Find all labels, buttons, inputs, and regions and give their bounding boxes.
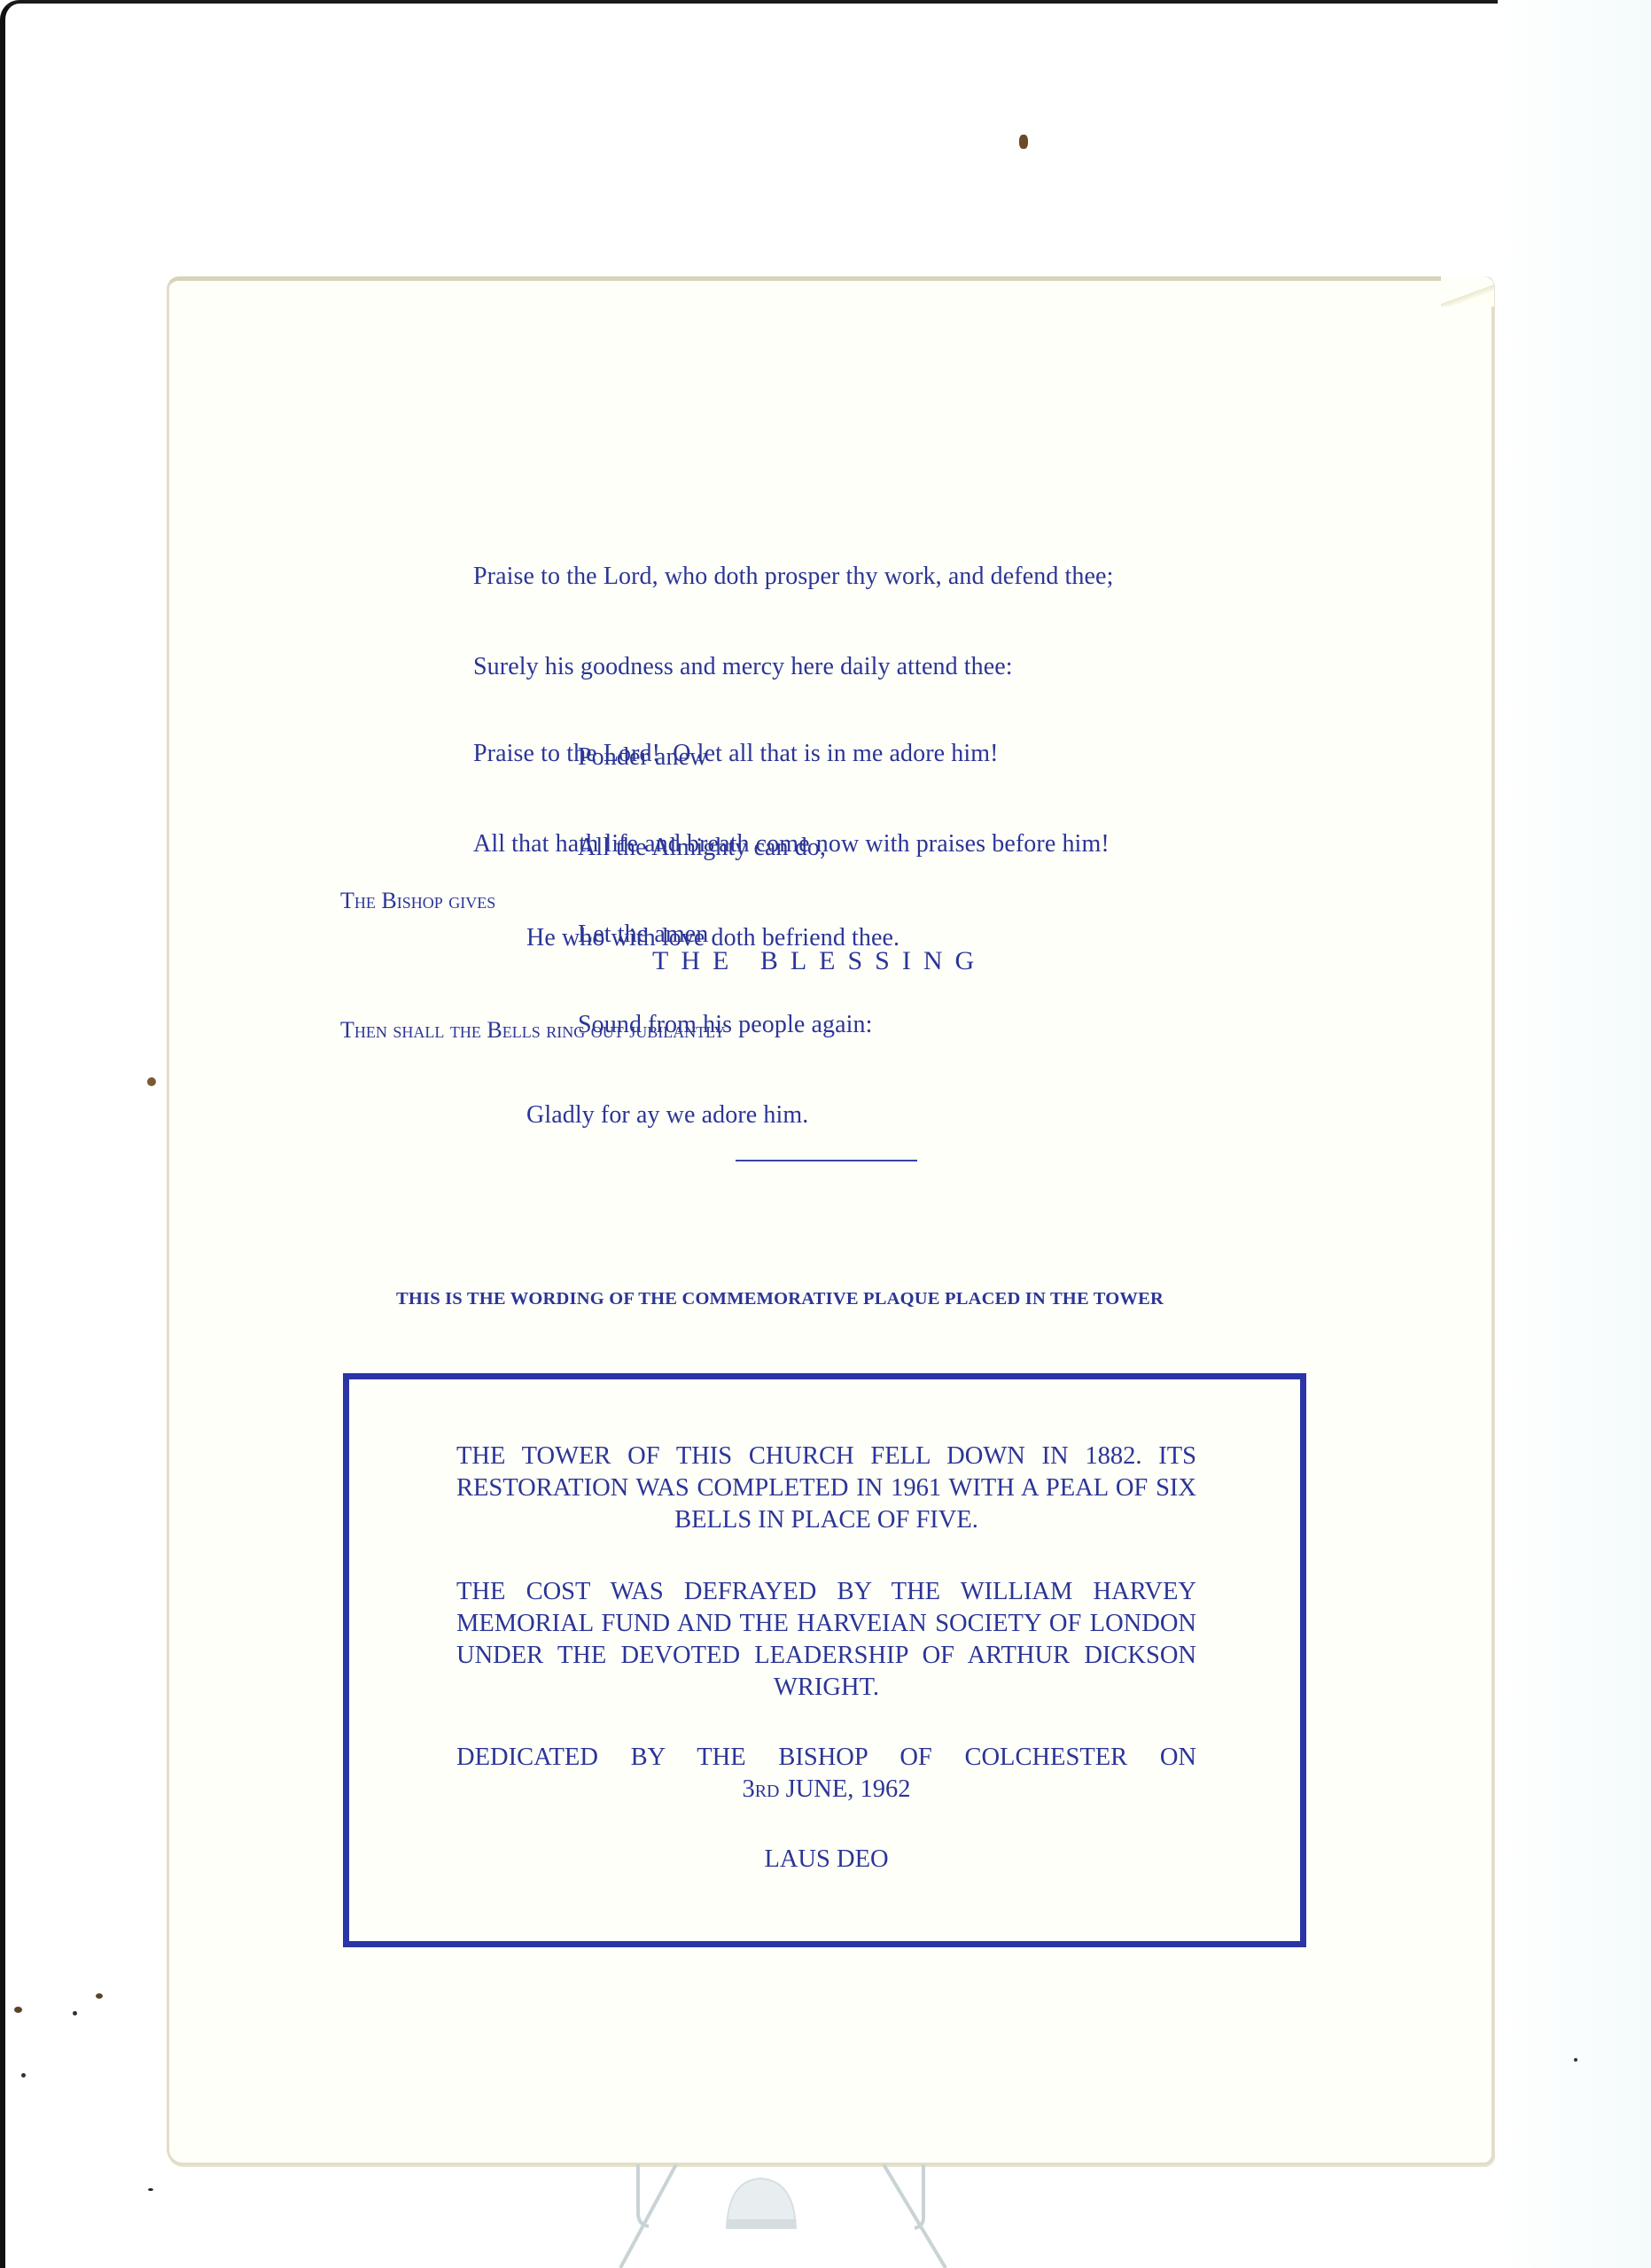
display-stand xyxy=(532,2164,1152,2268)
verse-line: Praise to the Lord! O let all that is in… xyxy=(473,739,1110,769)
plaque-paragraph-2: THE COST WAS DEFRAYED BY THE WILLIAM HAR… xyxy=(456,1576,1196,1704)
ink-speck xyxy=(1019,135,1028,149)
plaque-closing: LAUS DEO xyxy=(456,1844,1196,1876)
ink-speck xyxy=(96,1993,103,1999)
rubric-bishop-gives: The Bishop gives xyxy=(340,888,495,914)
plaque-intro: THIS IS THE WORDING OF THE COMMEMORATIVE… xyxy=(396,1289,1164,1309)
date-day: 3 xyxy=(742,1775,754,1803)
verse-line: Let the amen xyxy=(473,920,1110,950)
ink-speck xyxy=(147,1077,156,1086)
dedication-line: DEDICATED BY THE BISHOP OF COLCHESTER ON xyxy=(456,1742,1196,1774)
folded-corner xyxy=(1441,276,1494,307)
plaque-paragraph-1: THE TOWER OF THIS CHURCH FELL DOWN IN 18… xyxy=(456,1441,1196,1536)
ink-speck xyxy=(73,2011,77,2016)
ink-speck xyxy=(148,2188,153,2191)
blessing-title: THE BLESSING xyxy=(652,946,986,976)
scanner-background-edge xyxy=(1498,0,1651,2268)
verse-line: Praise to the Lord, who doth prosper thy… xyxy=(473,562,1113,592)
date-ordinal-suffix: rd xyxy=(755,1775,780,1803)
verse-line: Gladly for ay we adore him. xyxy=(473,1100,1110,1130)
dedication-date: 3rd JUNE, 1962 xyxy=(456,1774,1196,1806)
verse-line: Surely his goodness and mercy here daily… xyxy=(473,652,1113,682)
plaque-paragraph-3: DEDICATED BY THE BISHOP OF COLCHESTER ON… xyxy=(456,1742,1196,1806)
date-rest: JUNE, 1962 xyxy=(780,1775,911,1803)
section-divider xyxy=(736,1160,917,1161)
rubric-bells: Then shall the Bells ring out jubilantly xyxy=(340,1017,725,1044)
hymn-verse-2: Praise to the Lord! O let all that is in… xyxy=(473,679,1110,1161)
verse-line: All that hath life and breath come now w… xyxy=(473,829,1110,859)
ink-speck xyxy=(1574,2058,1577,2062)
ink-speck xyxy=(14,2007,22,2013)
ink-speck xyxy=(21,2073,26,2078)
